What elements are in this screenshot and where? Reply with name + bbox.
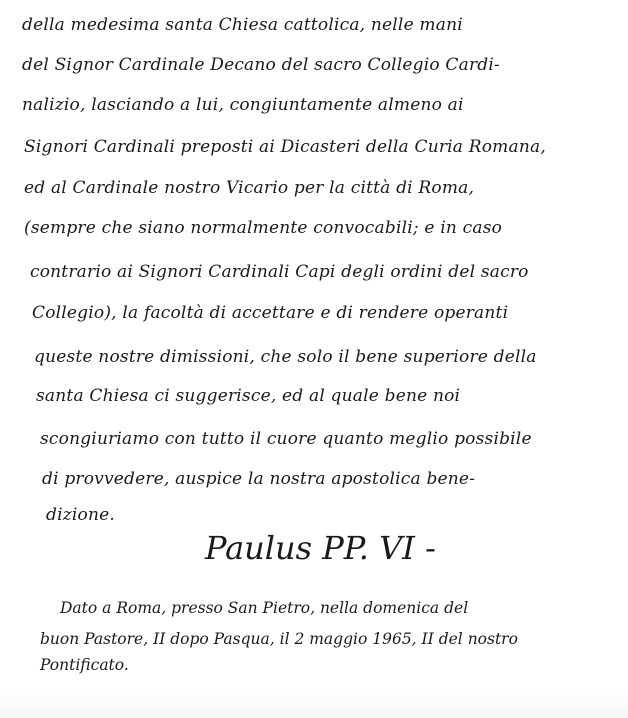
- body-line: (sempre che siano normalmente convocabil…: [24, 217, 502, 239]
- body-line: nalizio, lasciando a lui, congiuntamente…: [22, 94, 464, 116]
- postscript-line: Dato a Roma, presso San Pietro, nella do…: [60, 598, 468, 618]
- body-line: queste nostre dimissioni, che solo il be…: [34, 346, 537, 368]
- body-line: scongiuriamo con tutto il cuore quanto m…: [40, 428, 532, 450]
- body-line: dizione.: [46, 504, 115, 526]
- handwritten-letter-page: della medesima santa Chiesa cattolica, n…: [0, 0, 628, 718]
- postscript-line: buon Pastore, II dopo Pasqua, il 2 maggi…: [40, 629, 518, 649]
- body-line: Collegio), la facoltà di accettare e di …: [32, 302, 508, 324]
- body-line: della medesima santa Chiesa cattolica, n…: [22, 14, 463, 36]
- body-line: contrario ai Signori Cardinali Capi degl…: [30, 261, 529, 283]
- body-line: di provvedere, auspice la nostra apostol…: [42, 468, 475, 490]
- body-line: santa Chiesa ci suggerisce, ed al quale …: [36, 385, 460, 407]
- body-line: ed al Cardinale nostro Vicario per la ci…: [24, 177, 474, 199]
- body-line: Signori Cardinali preposti ai Dicasteri …: [24, 136, 546, 158]
- postscript-line: Pontificato.: [40, 655, 129, 675]
- papal-signature: Paulus PP. VI -: [205, 528, 436, 568]
- body-line: del Signor Cardinale Decano del sacro Co…: [22, 54, 500, 76]
